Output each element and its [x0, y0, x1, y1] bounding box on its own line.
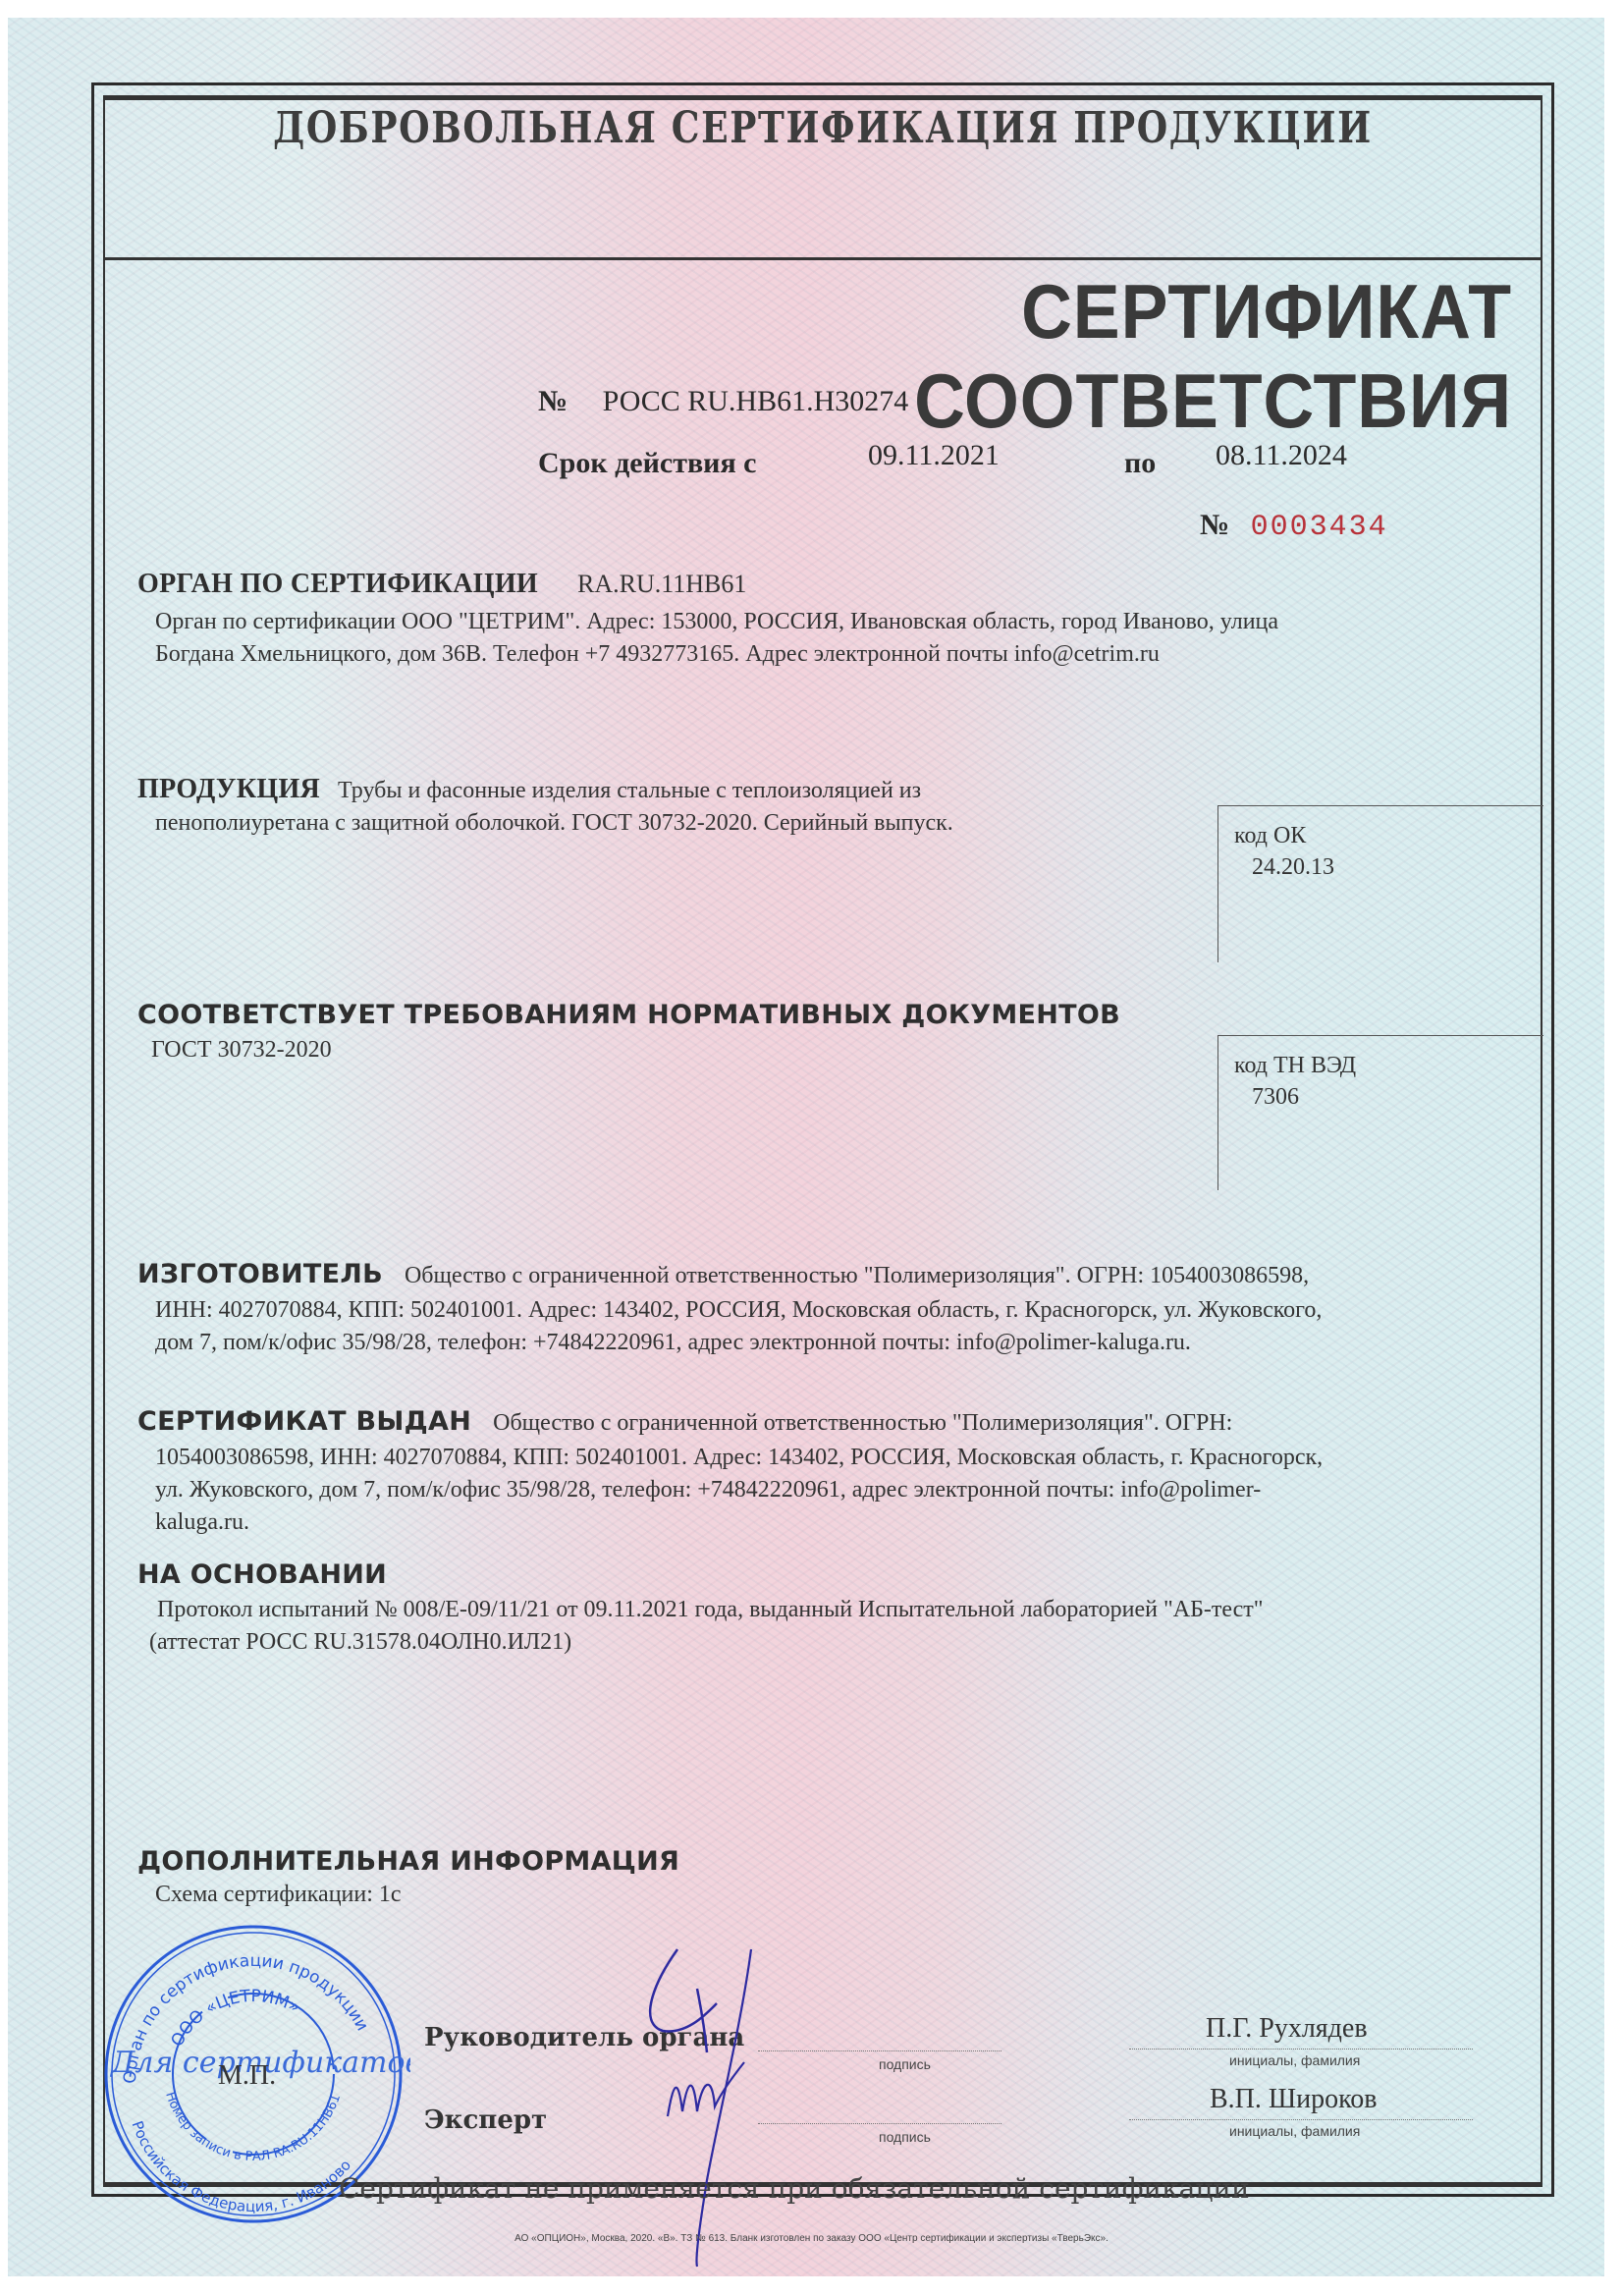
certification-body-code: RA.RU.11НВ61	[577, 570, 746, 598]
basis-line1: Протокол испытаний № 008/Е-09/11/21 от 0…	[137, 1594, 1492, 1626]
ok-code-label: код ОК	[1234, 820, 1543, 851]
issued-to-line3: ул. Жуковского, дом 7, пом/к/офис 35/98/…	[137, 1474, 1492, 1506]
ok-code-box: код ОК 24.20.13	[1217, 805, 1543, 962]
head-name-caption: инициалы, фамилия	[1229, 2052, 1360, 2068]
basis-section: НА ОСНОВАНИИ Протокол испытаний № 008/Е-…	[137, 1559, 1492, 1659]
basis-line2: (аттестат РОСС RU.31578.04ОЛН0.ИЛ21)	[137, 1626, 1492, 1659]
head-signature-caption: подпись	[879, 2056, 931, 2072]
manufacturer-line3: дом 7, пом/к/офис 35/98/28, телефон: +74…	[137, 1327, 1492, 1359]
tnved-code-value: 7306	[1234, 1081, 1543, 1113]
expert-name-caption: инициалы, фамилия	[1229, 2123, 1360, 2139]
issued-to-line1: Общество с ограниченной ответственностью…	[493, 1410, 1232, 1436]
valid-to: 08.11.2024	[1216, 439, 1347, 472]
certificate-number-row: № РОСС RU.НВ61.Н30274	[538, 385, 908, 418]
svg-text:Номер записи в РАЛ RA.RU.11НВ6: Номер записи в РАЛ RA.RU.11НВ61	[162, 2090, 344, 2164]
additional-info-section: ДОПОЛНИТЕЛЬНАЯ ИНФОРМАЦИЯ Схема сертифик…	[137, 1846, 1492, 1911]
expert-name: В.П. Широков	[1210, 2084, 1378, 2115]
issued-to-heading: СЕРТИФИКАТ ВЫДАН	[137, 1406, 471, 1437]
validity-row: Срок действия с 09.11.2021 по 08.11.2024	[538, 447, 757, 480]
basis-heading: НА ОСНОВАНИИ	[137, 1559, 1492, 1590]
expert-signature-caption: подпись	[879, 2129, 931, 2145]
certification-body-section: ОРГАН ПО СЕРТИФИКАЦИИ RA.RU.11НВ61 Орган…	[137, 568, 1492, 671]
product-line1: Трубы и фасонные изделия стальные с тепл…	[338, 778, 921, 803]
conformity-standard: ГОСТ 30732-2020	[137, 1034, 1217, 1066]
valid-to-label: по	[1124, 447, 1156, 480]
expert-label: Эксперт	[424, 2105, 547, 2135]
product-line2: пенополиуретана с защитной оболочкой. ГО…	[137, 807, 1198, 840]
head-name: П.Г. Рухлядев	[1206, 2013, 1368, 2045]
certificate-number: РОСС RU.НВ61.Н30274	[603, 385, 909, 417]
serial-number-sign: №	[1200, 509, 1229, 541]
validity-label: Срок действия с	[538, 447, 757, 479]
number-sign: №	[538, 385, 568, 417]
valid-from: 09.11.2021	[868, 439, 1000, 472]
certification-body-line2: Богдана Хмельницкого, дом 36В. Телефон +…	[137, 638, 1492, 671]
conformity-section: СООТВЕТСТВУЕТ ТРЕБОВАНИЯМ НОРМАТИВНЫХ ДО…	[137, 1000, 1217, 1066]
additional-info-heading: ДОПОЛНИТЕЛЬНАЯ ИНФОРМАЦИЯ	[137, 1846, 1492, 1877]
header-divider	[103, 257, 1542, 260]
tnved-code-label: код ТН ВЭД	[1234, 1050, 1543, 1081]
expert-signature-line	[758, 2123, 1001, 2124]
non-mandatory-note: Сертификат не применяется при обязательн…	[339, 2172, 1250, 2205]
certificate-title: СЕРТИФИКАТ СООТВЕТСТВИЯ	[518, 267, 1512, 446]
blank-serial-number: 0003434	[1251, 511, 1388, 544]
seal-place-label: М.П.	[218, 2060, 276, 2092]
manufacturer-line1: Общество с ограниченной ответственностью…	[405, 1263, 1309, 1288]
manufacturer-line2: ИНН: 4027070884, КПП: 502401001. Адрес: …	[137, 1294, 1492, 1327]
svg-text:ООО «ЦЕТРИМ»: ООО «ЦЕТРИМ»	[167, 1987, 302, 2050]
certification-body-line1: Орган по сертификации ООО "ЦЕТРИМ". Адре…	[137, 606, 1492, 638]
issued-to-line4: kaluga.ru.	[137, 1506, 1492, 1539]
blank-serial-row: № 0003434	[1200, 509, 1388, 544]
head-name-line	[1129, 2049, 1473, 2050]
certification-scheme: Схема сертификации: 1с	[137, 1879, 1492, 1911]
product-heading: ПРОДУКЦИЯ	[137, 774, 320, 804]
head-signature-line	[758, 2050, 1001, 2051]
certification-body-heading: ОРГАН ПО СЕРТИФИКАЦИИ	[137, 569, 538, 599]
manufacturer-heading: ИЗГОТОВИТЕЛЬ	[137, 1259, 383, 1289]
issued-to-line2: 1054003086598, ИНН: 4027070884, КПП: 502…	[137, 1442, 1492, 1474]
ok-code-value: 24.20.13	[1234, 851, 1543, 883]
issued-to-section: СЕРТИФИКАТ ВЫДАН Общество с ограниченной…	[137, 1406, 1492, 1539]
handwritten-signature-icon	[628, 1944, 766, 2269]
conformity-heading: СООТВЕТСТВУЕТ ТРЕБОВАНИЯМ НОРМАТИВНЫХ ДО…	[137, 1000, 1217, 1030]
expert-name-line	[1129, 2119, 1473, 2120]
product-section: ПРОДУКЦИЯ Трубы и фасонные изделия сталь…	[137, 774, 1198, 840]
manufacturer-section: ИЗГОТОВИТЕЛЬ Общество с ограниченной отв…	[137, 1259, 1492, 1359]
voluntary-certification-heading: ДОБРОВОЛЬНАЯ СЕРТИФИКАЦИЯ ПРОДУКЦИИ	[233, 103, 1413, 153]
tnved-code-box: код ТН ВЭД 7306	[1217, 1035, 1543, 1190]
printer-imprint: АО «ОПЦИОН», Москва, 2020. «В». ТЗ № 613…	[0, 2233, 1623, 2244]
